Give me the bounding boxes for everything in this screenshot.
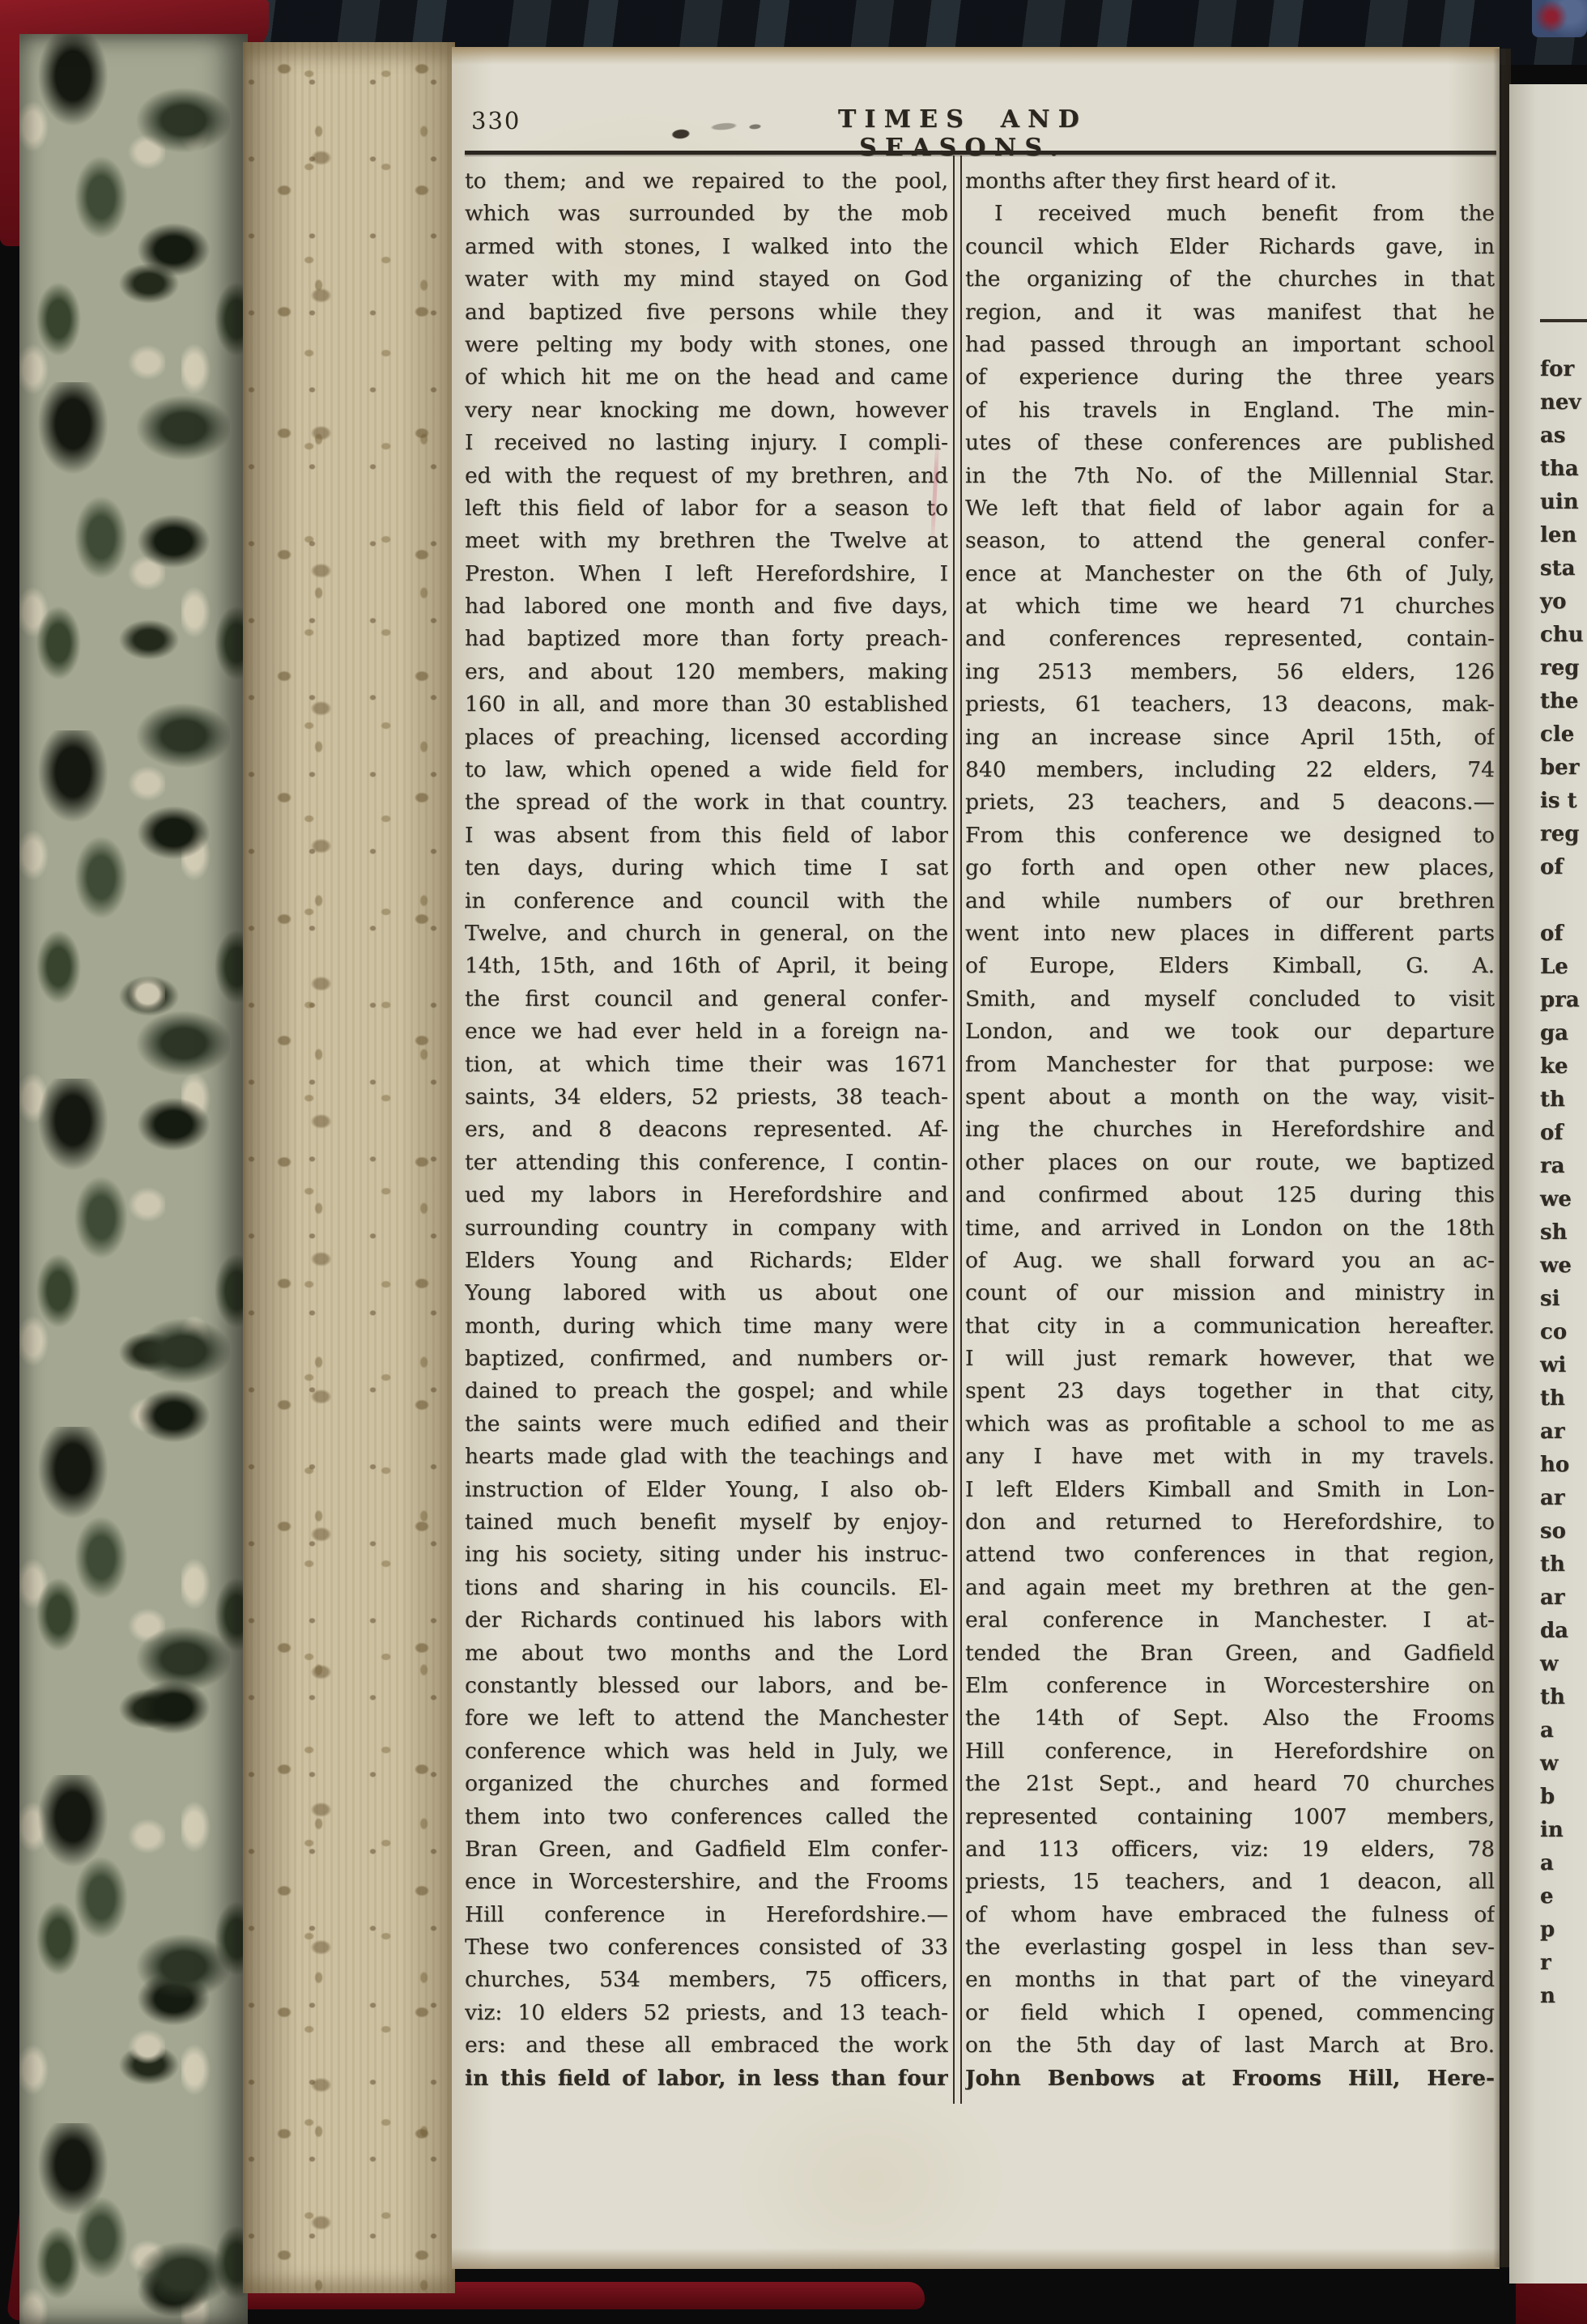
text-line: in this field of labor, in less than fou…: [465, 2062, 948, 2095]
text-line: conference which was held in July, we: [465, 1735, 948, 1768]
text-line: Le: [1540, 951, 1587, 984]
text-line: tions and sharing in his councils. El-: [465, 1572, 948, 1604]
header-rule: [465, 151, 1496, 155]
text-line: ter attending this conference, I contin-: [465, 1147, 948, 1179]
text-line: ar: [1540, 1482, 1587, 1515]
marbled-chip-top-right: [1532, 0, 1587, 37]
text-line: len: [1540, 519, 1587, 552]
text-line: pra: [1540, 984, 1587, 1017]
text-line: constantly blessed our labors, and be-: [465, 1670, 948, 1702]
text-line: them into two conferences called the: [465, 1801, 948, 1833]
page-fore-edge-block: [243, 42, 455, 2293]
text-line: were pelting my body with stones, one: [465, 329, 948, 361]
text-line: ing his society, siting under his instru…: [465, 1539, 948, 1571]
text-line: a: [1540, 1714, 1587, 1747]
text-line: en months in that part of the vineyard: [965, 1964, 1495, 1996]
text-line: of Europe, Elders Kimball, G. A.: [965, 950, 1495, 982]
text-line: spent 23 days together in that city,: [965, 1375, 1495, 1407]
text-line: Elders Young and Richards; Elder: [465, 1245, 948, 1277]
text-line: of whom have embraced the fulness of: [965, 1899, 1495, 1931]
text-line: tained much benefit myself by enjoy-: [465, 1506, 948, 1539]
text-line: baptized, confirmed, and numbers or-: [465, 1343, 948, 1375]
text-line: 840 members, including 22 elders, 74: [965, 754, 1495, 786]
blank-line: [1540, 884, 1587, 917]
text-line: armed with stones, I walked into the: [465, 231, 948, 263]
text-line: of which hit me on the head and came: [465, 361, 948, 394]
text-line: hearts made glad with the teachings and: [465, 1441, 948, 1473]
text-line: the 14th of Sept. Also the Frooms: [965, 1702, 1495, 1734]
text-line: other places on our route, we baptized: [965, 1147, 1495, 1179]
text-line: which was surrounded by the mob: [465, 198, 948, 230]
column-divider-rule: [953, 155, 962, 2104]
text-line: Hill conference in Herefordshire.—: [465, 1899, 948, 1931]
text-line: priests, 15 teachers, and 1 deacon, all: [965, 1866, 1495, 1898]
text-line: of: [1540, 917, 1587, 951]
text-line: p: [1540, 1913, 1587, 1947]
text-line: der Richards continued his labors with: [465, 1604, 948, 1637]
page-gutter-shadow: [1493, 49, 1511, 2267]
text-line: th: [1540, 1681, 1587, 1714]
text-line: left this field of labor for a season to: [465, 492, 948, 525]
text-line: to them; and we repaired to the pool,: [465, 165, 948, 198]
text-line: London, and we took our departure: [965, 1015, 1495, 1048]
text-line: to law, which opened a wide field for: [465, 754, 948, 786]
text-line: sh: [1540, 1216, 1587, 1249]
text-line: had baptized more than forty preach-: [465, 623, 948, 655]
text-line: organized the churches and formed: [465, 1768, 948, 1800]
book-page: 330 TIMES AND SEASONS. to them; and we r…: [452, 47, 1500, 2269]
text-line: Elm conference in Worcestershire on: [965, 1670, 1495, 1702]
text-line: r: [1540, 1947, 1587, 1980]
text-line: so: [1540, 1515, 1587, 1548]
text-line: is t: [1540, 785, 1587, 818]
text-line: of experience during the three years: [965, 361, 1495, 394]
text-line: chu: [1540, 619, 1587, 652]
text-line: on the 5th day of last March at Bro.: [965, 2029, 1495, 2062]
text-line: ten days, during which time I sat: [465, 852, 948, 884]
text-line: had passed through an important school: [965, 329, 1495, 361]
text-line: meet with my brethren the Twelve at: [465, 525, 948, 557]
text-line: water with my mind stayed on God: [465, 263, 948, 296]
text-line: ing an increase since April 15th, of: [965, 721, 1495, 754]
text-line: the first council and general confer-: [465, 983, 948, 1015]
text-line: places of preaching, licensed according: [465, 721, 948, 754]
text-line: of his travels in England. The min-: [965, 394, 1495, 427]
text-line: ber: [1540, 751, 1587, 785]
text-line: Bran Green, and Gadfield Elm confer-: [465, 1833, 948, 1866]
text-line: ho: [1540, 1449, 1587, 1482]
text-line: th: [1540, 1382, 1587, 1415]
text-line: for: [1540, 353, 1587, 386]
text-line: from Manchester for that purpose: we: [965, 1049, 1495, 1081]
text-line: and conferences represented, contain-: [965, 623, 1495, 655]
text-line: the organizing of the churches in that: [965, 263, 1495, 296]
text-line: ed with the request of my brethren, and: [465, 460, 948, 492]
text-line: Smith, and myself concluded to visit: [965, 983, 1495, 1015]
next-page-sliver: fornevasthauinlenstayochuregthecleberis …: [1509, 84, 1587, 2284]
text-line: season, to attend the general confer-: [965, 525, 1495, 557]
text-line: co: [1540, 1316, 1587, 1349]
text-line: We left that field of labor again for a: [965, 492, 1495, 525]
text-line: region, and it was manifest that he: [965, 296, 1495, 329]
text-line: instruction of Elder Young, I also ob-: [465, 1474, 948, 1506]
text-line: ra: [1540, 1150, 1587, 1183]
text-line: count of our mission and ministry in: [965, 1277, 1495, 1309]
text-line: of Aug. we shall forward you an ac-: [965, 1245, 1495, 1277]
text-line: of: [1540, 1117, 1587, 1150]
text-line: priets, 23 teachers, and 5 deacons.—: [965, 786, 1495, 819]
text-line: I received no lasting injury. I compli-: [465, 427, 948, 459]
text-line: ers, and about 120 members, making: [465, 656, 948, 688]
text-line: the everlasting gospel in less than sev-: [965, 1931, 1495, 1964]
text-line: represented containing 1007 members,: [965, 1801, 1495, 1833]
text-line: spent about a month on the way, visit-: [965, 1081, 1495, 1113]
text-line: reg: [1540, 818, 1587, 851]
text-line: nev: [1540, 386, 1587, 419]
text-line: or field which I opened, commencing: [965, 1997, 1495, 2029]
text-line: wi: [1540, 1349, 1587, 1382]
text-line: th: [1540, 1083, 1587, 1117]
text-line: and confirmed about 125 during this: [965, 1179, 1495, 1211]
text-line: and while numbers of our brethren: [965, 885, 1495, 917]
text-line: me about two months and the Lord: [465, 1637, 948, 1670]
text-line: a: [1540, 1847, 1587, 1880]
marbled-endpaper: [19, 34, 248, 2324]
text-line: council which Elder Richards gave, in: [965, 231, 1495, 263]
text-line: th: [1540, 1548, 1587, 1581]
text-line: ers: and these all embraced the work: [465, 2029, 948, 2062]
text-line: in: [1540, 1814, 1587, 1847]
text-line: ing the churches in Herefordshire and: [965, 1113, 1495, 1146]
text-line: month, during which time many were: [465, 1310, 948, 1343]
text-line: yo: [1540, 585, 1587, 619]
text-line: ence at Manchester on the 6th of July,: [965, 558, 1495, 590]
text-line: surrounding country in company with: [465, 1212, 948, 1245]
text-line: fore we left to attend the Manchester: [465, 1702, 948, 1734]
text-line: b: [1540, 1781, 1587, 1814]
text-line: Twelve, and church in general, on the: [465, 917, 948, 950]
text-line: we: [1540, 1249, 1587, 1283]
text-line: saints, 34 elders, 52 priests, 38 teach-: [465, 1081, 948, 1113]
text-line: the saints were much edified and their: [465, 1408, 948, 1441]
text-line: Young labored with us about one: [465, 1277, 948, 1309]
text-line: tion, at which time their was 1671: [465, 1049, 948, 1081]
text-line: ence in Worcestershire, and the Frooms: [465, 1866, 948, 1898]
text-line: cle: [1540, 718, 1587, 751]
text-line: I will just remark however, that we: [965, 1343, 1495, 1375]
text-line: e: [1540, 1880, 1587, 1913]
text-line: the 21st Sept., and heard 70 churches: [965, 1768, 1495, 1800]
text-line: dained to preach the gospel; and while: [465, 1375, 948, 1407]
next-page-rule: [1540, 319, 1587, 322]
text-line: ar: [1540, 1415, 1587, 1449]
text-line: very near knocking me down, however: [465, 394, 948, 427]
text-line: any I have met with in my travels.: [965, 1441, 1495, 1473]
text-line: priests, 61 teachers, 13 deacons, mak-: [965, 688, 1495, 721]
text-line: ke: [1540, 1050, 1587, 1083]
left-column-lines: to them; and we repaired to the pool,whi…: [465, 165, 948, 2095]
text-line: I was absent from this field of labor: [465, 819, 948, 852]
text-line: eral conference in Manchester. I at-: [965, 1604, 1495, 1637]
text-line: 160 in all, and more than 30 established: [465, 688, 948, 721]
text-line: da: [1540, 1615, 1587, 1648]
text-line: and baptized five persons while they: [465, 296, 948, 329]
text-line: ing 2513 members, 56 elders, 126: [965, 656, 1495, 688]
text-line: in the 7th No. of the Millennial Star.: [965, 460, 1495, 492]
text-line: reg: [1540, 652, 1587, 685]
text-line: don and returned to Herefordshire, to: [965, 1506, 1495, 1539]
text-line: tha: [1540, 453, 1587, 486]
text-line: time, and arrived in London on the 18th: [965, 1212, 1495, 1245]
text-line: had labored one month and five days,: [465, 590, 948, 623]
text-line: uin: [1540, 486, 1587, 519]
text-line: attend two conferences in that region,: [965, 1539, 1495, 1571]
text-line: I received much benefit from the: [965, 198, 1495, 230]
text-line: in conference and council with the: [465, 885, 948, 917]
text-line: w: [1540, 1747, 1587, 1781]
text-line: John Benbows at Frooms Hill, Here-: [965, 2062, 1495, 2095]
text-line: that city in a communication hereafter.: [965, 1310, 1495, 1343]
text-line: si: [1540, 1283, 1587, 1316]
text-line: sta: [1540, 552, 1587, 585]
text-line: ga: [1540, 1017, 1587, 1050]
text-line: go forth and open other new places,: [965, 852, 1495, 884]
text-line: These two conferences consisted of 33: [465, 1931, 948, 1964]
text-line: n: [1540, 1980, 1587, 2013]
text-line: ers, and 8 deacons represented. Af-: [465, 1113, 948, 1146]
text-line: Hill conference, in Herefordshire on: [965, 1735, 1495, 1768]
page-number: 330: [471, 107, 521, 134]
text-line: 14th, 15th, and 16th of April, it being: [465, 950, 948, 982]
text-line: From this conference we designed to: [965, 819, 1495, 852]
text-line: ar: [1540, 1581, 1587, 1615]
text-line: I left Elders Kimball and Smith in Lon-: [965, 1474, 1495, 1506]
text-line: utes of these conferences are published: [965, 427, 1495, 459]
text-line: and again meet my brethren at the gen-: [965, 1572, 1495, 1604]
text-line: months after they first heard of it.: [965, 165, 1495, 198]
text-line: ued my labors in Herefordshire and: [465, 1179, 948, 1211]
text-line: at which time we heard 71 churches: [965, 590, 1495, 623]
text-line: viz: 10 elders 52 priests, and 13 teach-: [465, 1997, 948, 2029]
text-line: the: [1540, 685, 1587, 718]
text-line: as: [1540, 419, 1587, 453]
text-line: the spread of the work in that country.: [465, 786, 948, 819]
text-line: tended the Bran Green, and Gadfield: [965, 1637, 1495, 1670]
text-line: which was as profitable a school to me a…: [965, 1408, 1495, 1441]
text-line: churches, 534 members, 75 officers,: [465, 1964, 948, 1996]
text-line: of: [1540, 851, 1587, 884]
text-line: ence we had ever held in a foreign na-: [465, 1015, 948, 1048]
right-column-lines: months after they first heard of it.I re…: [965, 165, 1495, 2095]
text-line: we: [1540, 1183, 1587, 1216]
next-page-fragments: fornevasthauinlenstayochuregthecleberis …: [1540, 353, 1587, 2013]
text-line: w: [1540, 1648, 1587, 1681]
text-line: went into new places in different parts: [965, 917, 1495, 950]
text-line: Preston. When I left Herefordshire, I: [465, 558, 948, 590]
text-line: and 113 officers, viz: 19 elders, 78: [965, 1833, 1495, 1866]
